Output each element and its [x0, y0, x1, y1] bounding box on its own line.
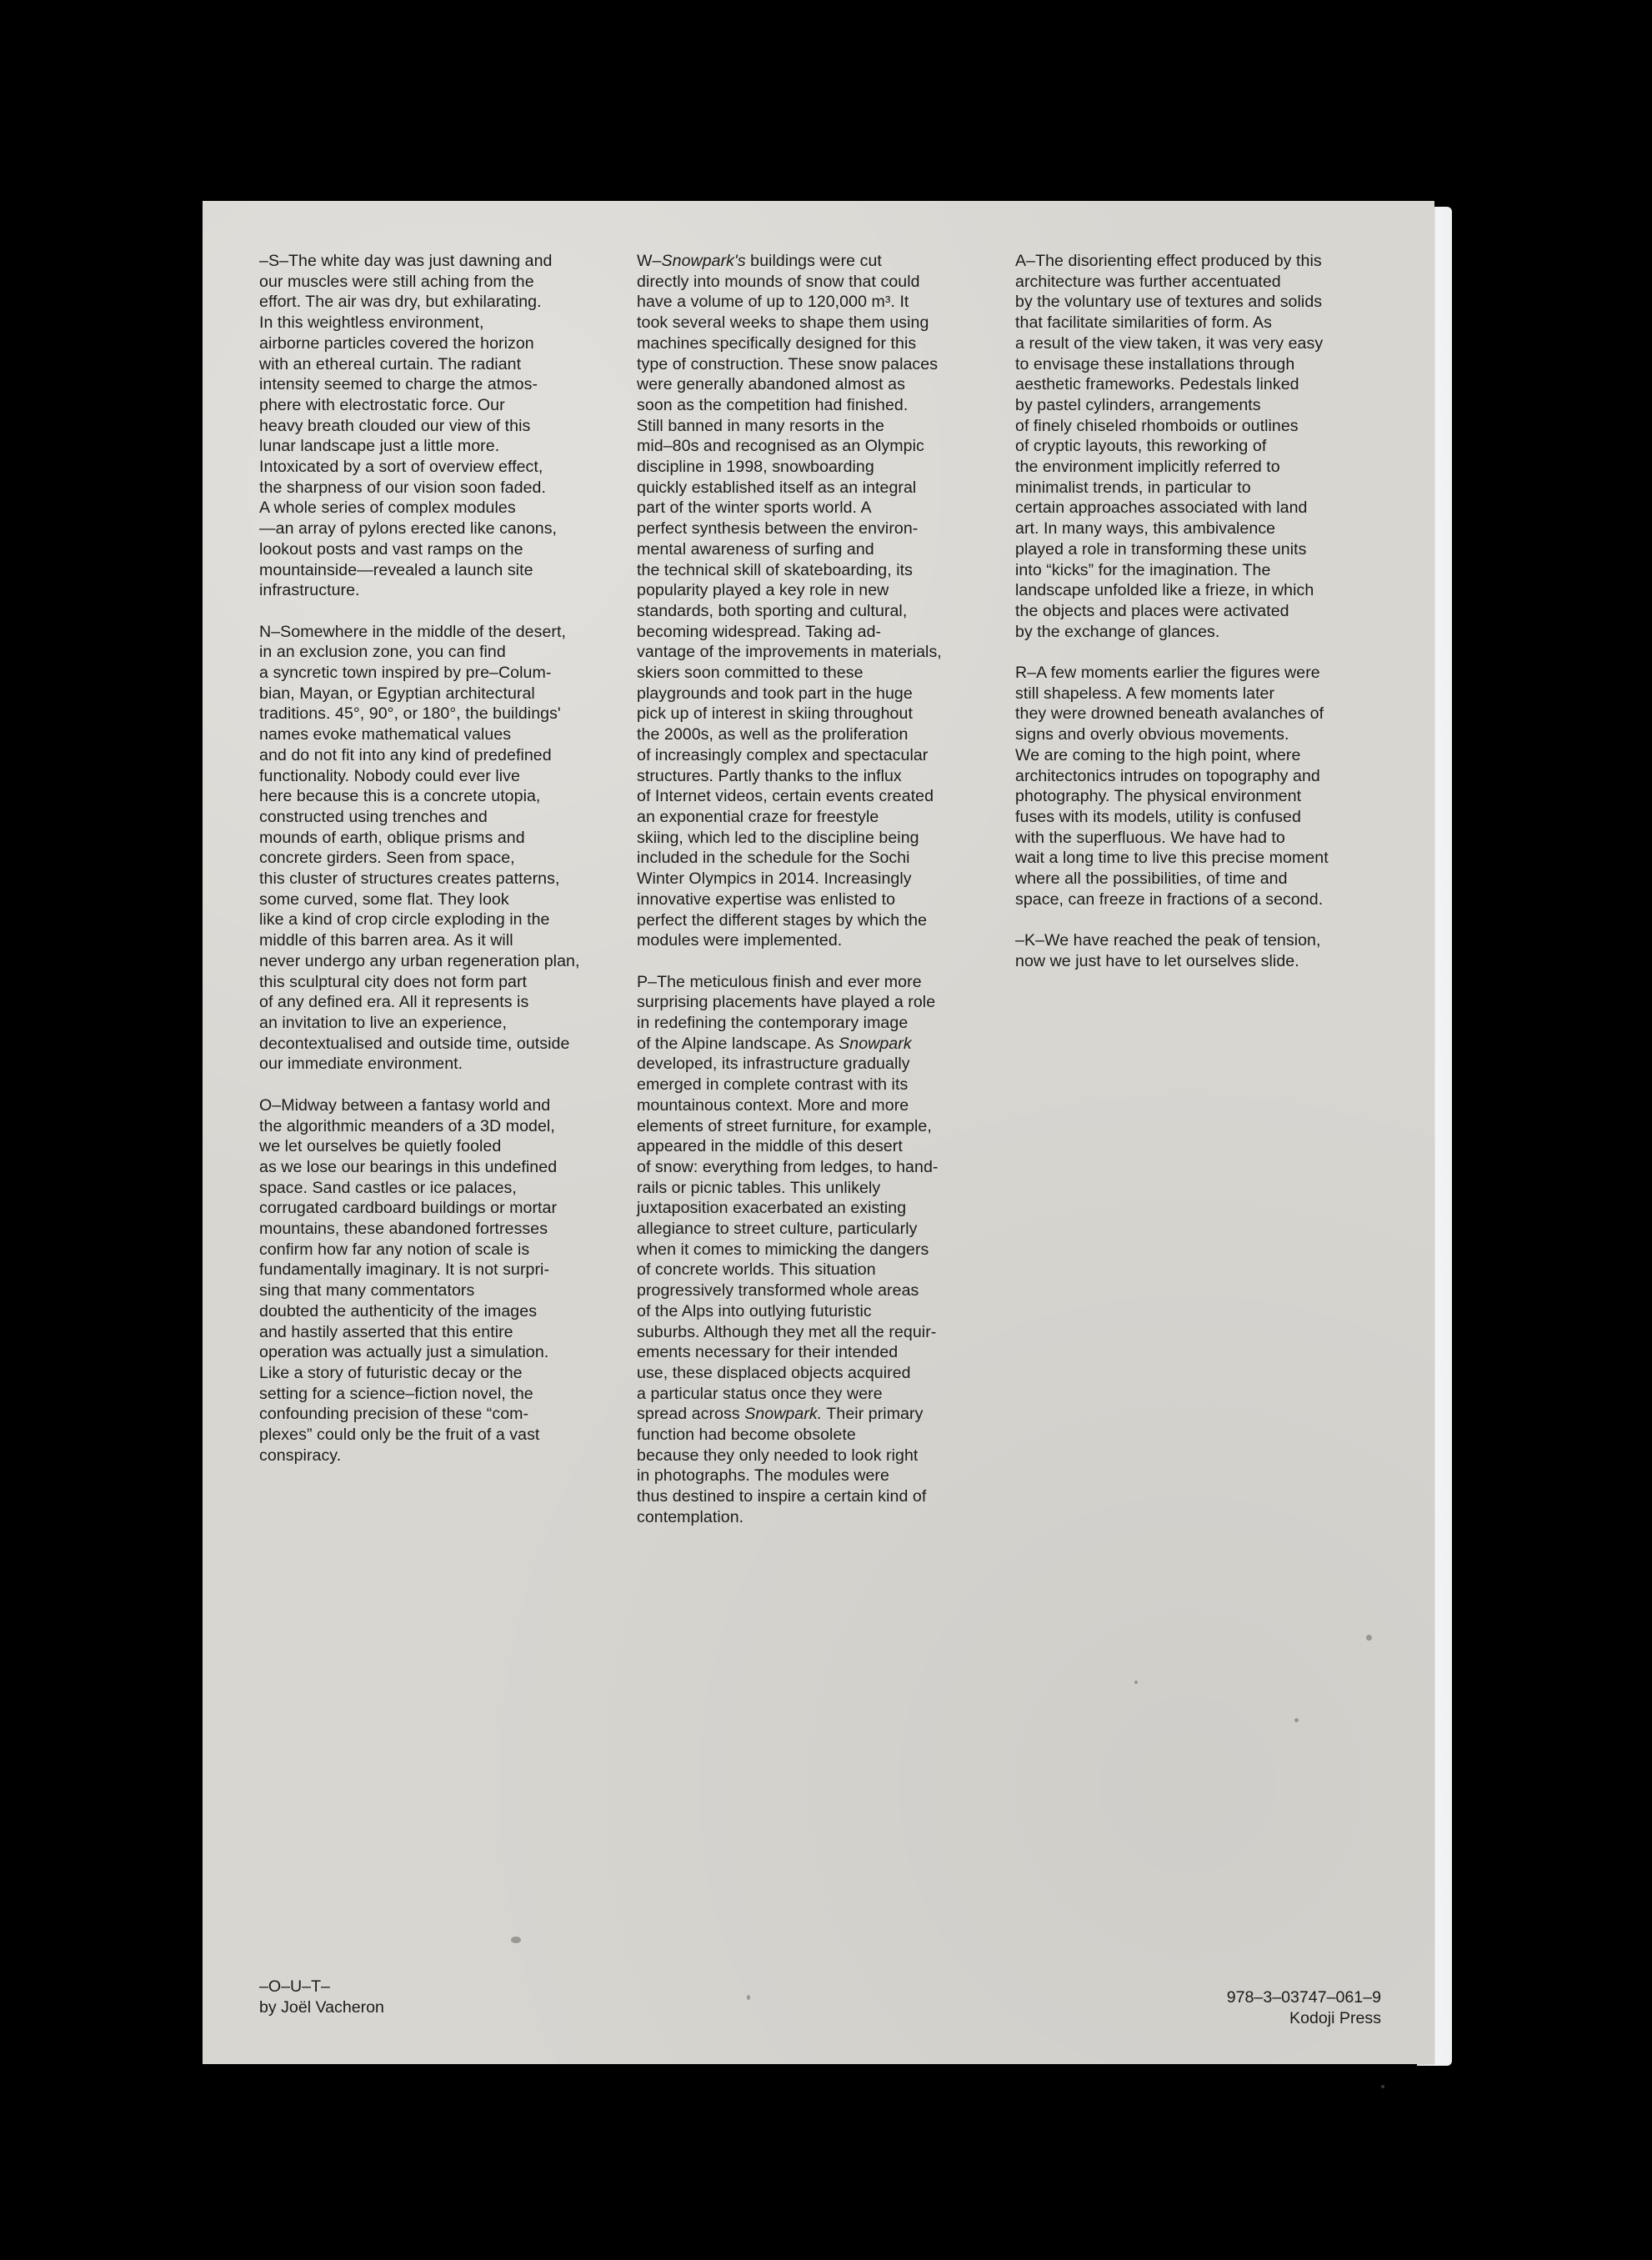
text-column-2: W–Snowpark's buildings were cut directly… — [637, 251, 1012, 1548]
publisher: Kodoji Press — [1227, 2008, 1381, 2029]
paragraph-w-prefix: W– — [637, 252, 662, 270]
paper-speck — [511, 1937, 521, 1943]
isbn-publisher-block: 978–3–03747–061–9 Kodoji Press — [1227, 1987, 1381, 2028]
paper-speck — [1366, 1635, 1372, 1641]
book-back-cover: –S–The white day was just dawning and ou… — [203, 201, 1434, 2064]
paragraph-r: R–A few moments earlier the figures were… — [1015, 663, 1390, 910]
book-author: by Joël Vacheron — [259, 1997, 384, 2018]
paragraph-p: P–The meticulous finish and ever more su… — [637, 972, 1012, 1528]
paper-speck — [1294, 1718, 1299, 1722]
text-column-3: A–The disorienting effect produced by th… — [1015, 251, 1390, 992]
text-column-1: –S–The white day was just dawning and ou… — [259, 251, 634, 1486]
paper-speck — [1381, 2085, 1384, 2088]
book-title: –O–U–T– — [259, 1977, 384, 1997]
isbn: 978–3–03747–061–9 — [1227, 1987, 1381, 2008]
paper-speck — [1134, 1681, 1138, 1684]
paragraph-n: N–Somewhere in the middle of the desert,… — [259, 622, 634, 1075]
snowpark-title-italic: Snowpark's — [662, 252, 746, 270]
snowpark-title-italic: Snowpark. — [744, 1405, 822, 1423]
paragraph-s: –S–The white day was just dawning and ou… — [259, 251, 634, 601]
paper-speck — [747, 1995, 750, 2000]
paragraph-w: W–Snowpark's buildings were cut directly… — [637, 251, 1012, 951]
snowpark-title-italic: Snowpark — [839, 1035, 912, 1053]
title-author-block: –O–U–T– by Joël Vacheron — [259, 1977, 384, 2017]
paragraph-a: A–The disorienting effect produced by th… — [1015, 251, 1390, 642]
paragraph-w-body: buildings were cut directly into mounds … — [637, 252, 942, 950]
paragraph-p-part2: developed, its infrastructure gradually … — [637, 1055, 938, 1423]
paragraph-o: O–Midway between a fantasy world and the… — [259, 1095, 634, 1466]
paragraph-k: –K–We have reached the peak of tension, … — [1015, 930, 1390, 971]
